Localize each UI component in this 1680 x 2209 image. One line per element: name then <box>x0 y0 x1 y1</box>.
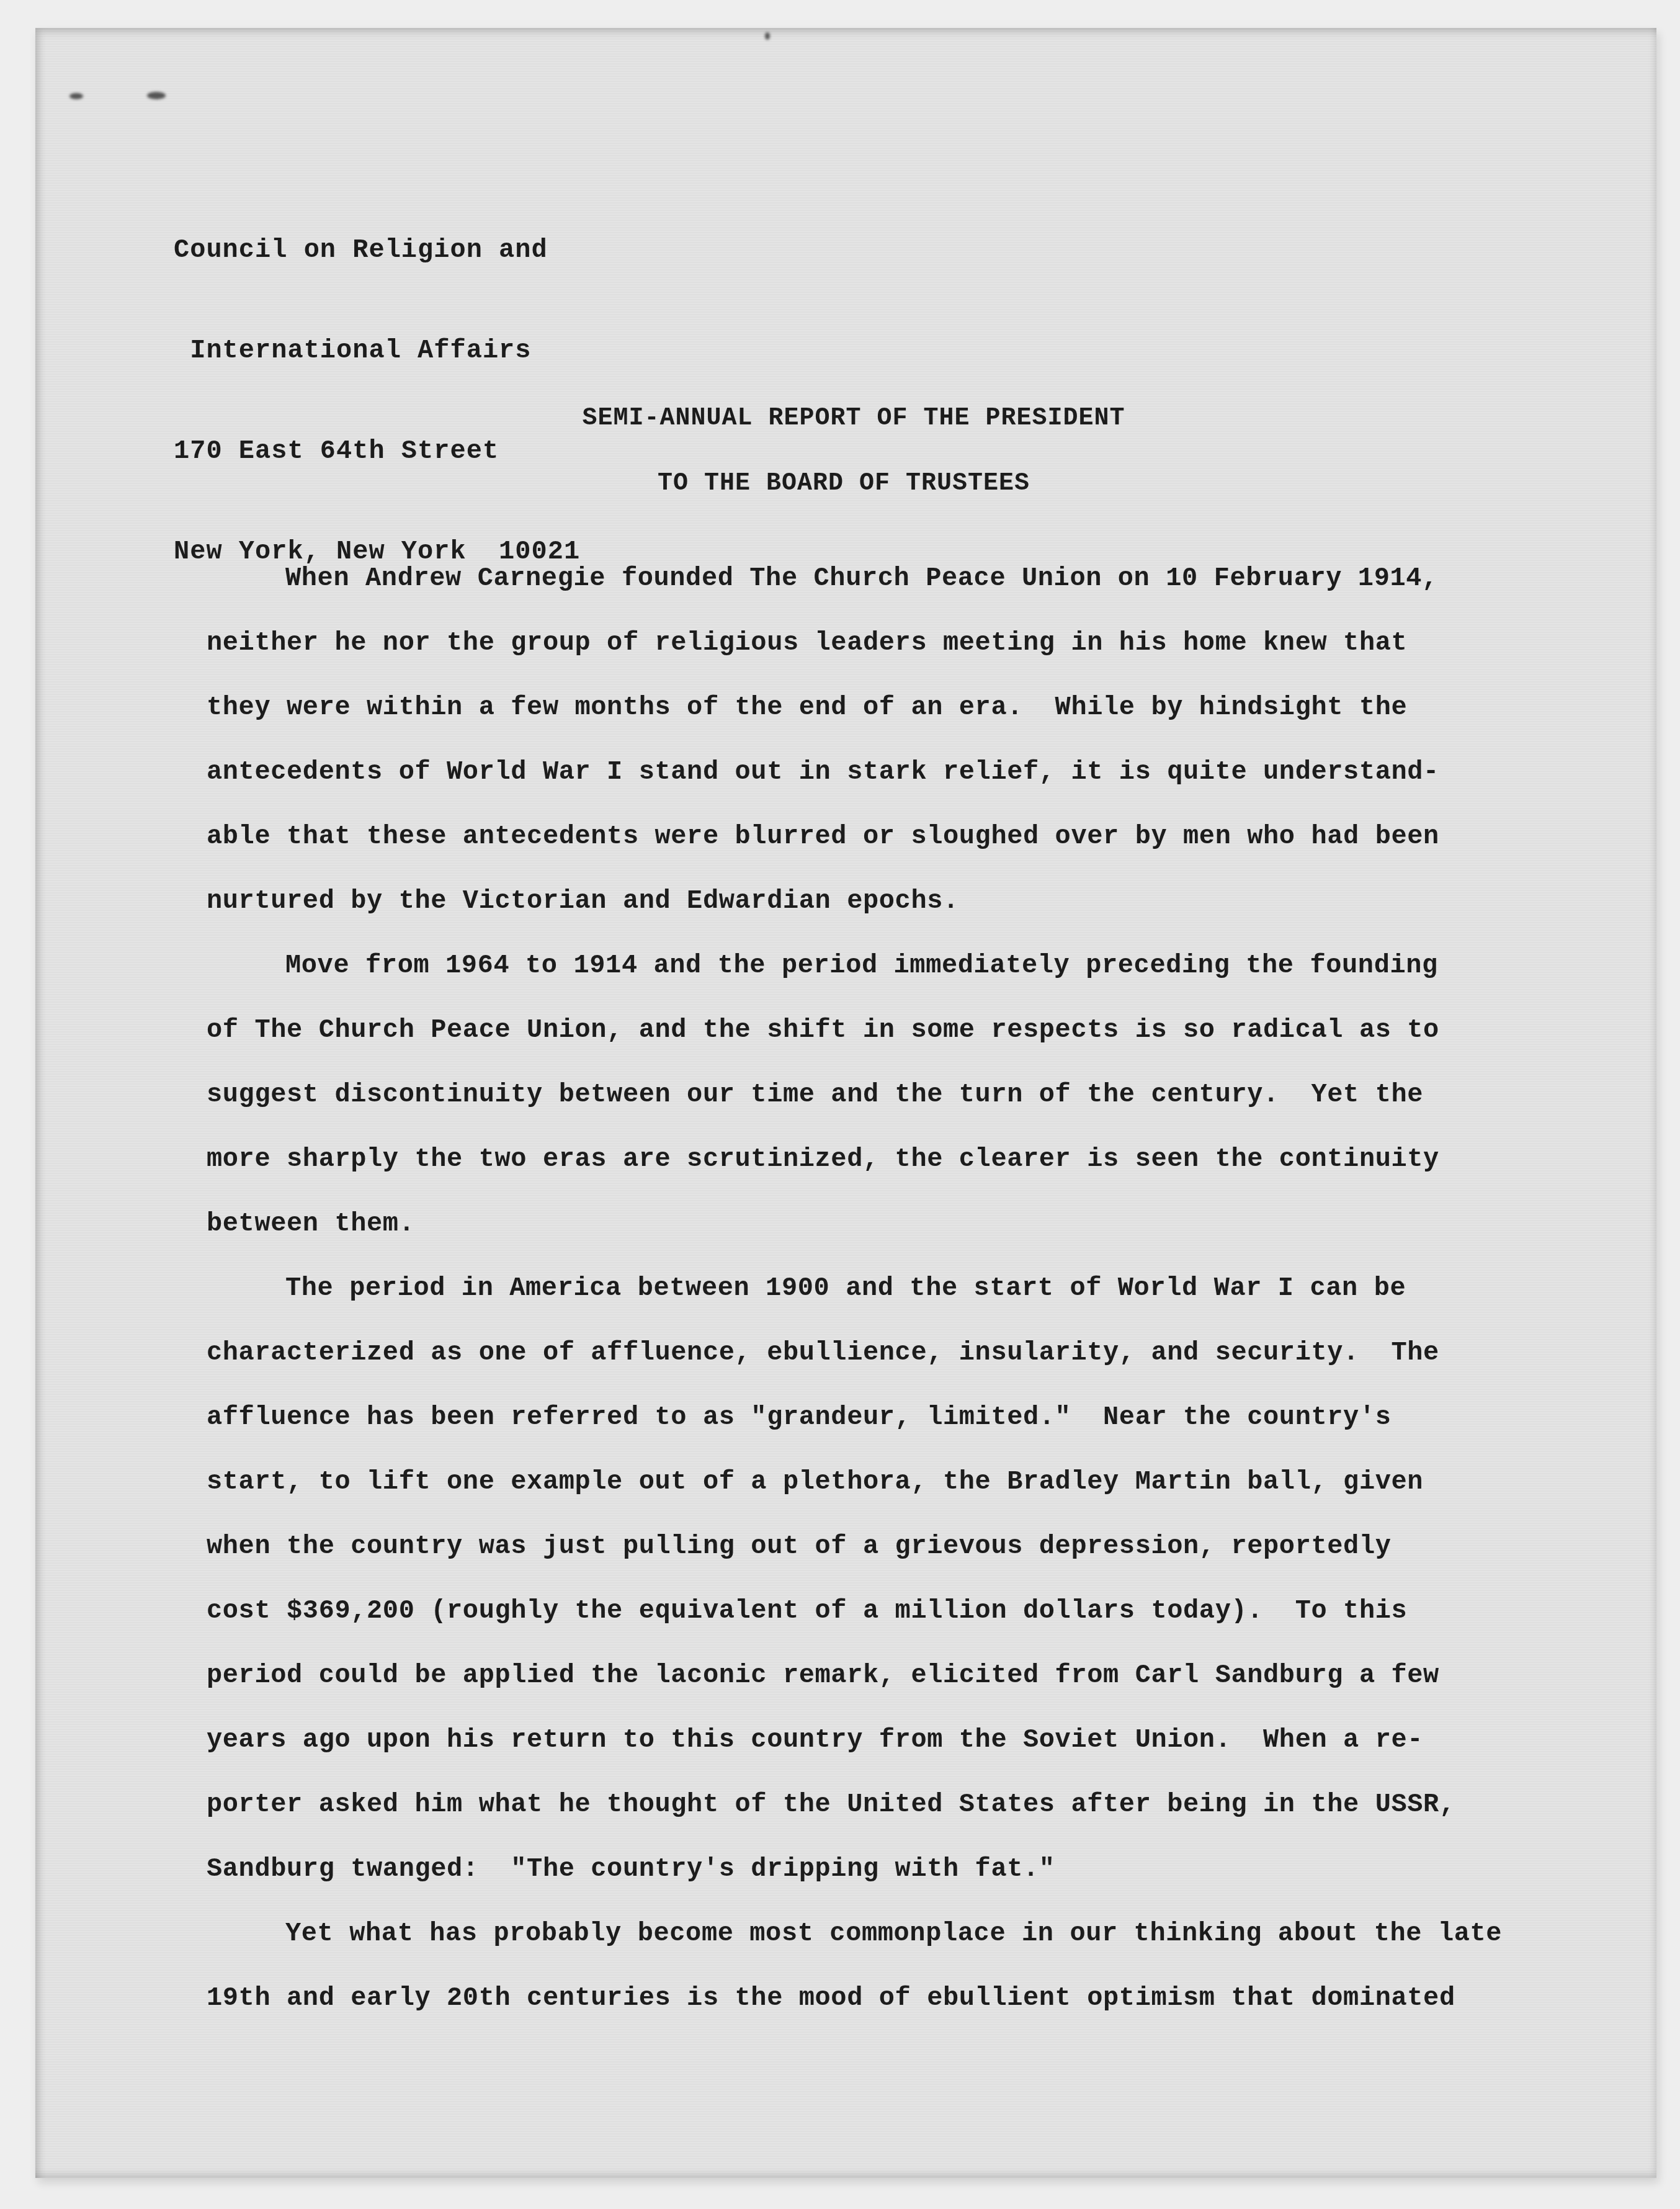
body-line: cost $369,200 (roughly the equivalent of… <box>207 1594 1509 1659</box>
letterhead-address: Council on Religion and International Af… <box>174 166 580 602</box>
body-line: nurtured by the Victorian and Edwardian … <box>207 884 1509 949</box>
body-line: when the country was just pulling out of… <box>207 1530 1509 1594</box>
body-line: neither he nor the group of religious le… <box>207 626 1509 691</box>
report-body: When Andrew Carnegie founded The Church … <box>207 562 1509 2046</box>
body-line: Move from 1964 to 1914 and the period im… <box>207 949 1509 1013</box>
body-line: Sandburg twanged: "The country's drippin… <box>207 1852 1509 1917</box>
body-line: start, to lift one example out of a plet… <box>207 1465 1509 1530</box>
body-line: The period in America between 1900 and t… <box>207 1271 1509 1336</box>
body-line: 19th and early 20th centuries is the moo… <box>207 1981 1509 2046</box>
report-subtitle: TO THE BOARD OF TRUSTEES <box>4 470 1680 498</box>
stray-mark-2 <box>147 92 166 99</box>
letterhead-line: 170 East 64th Street <box>174 434 580 468</box>
report-title: SEMI-ANNUAL REPORT OF THE PRESIDENT <box>14 405 1680 432</box>
body-line: of The Church Peace Union, and the shift… <box>207 1013 1509 1078</box>
body-line: antecedents of World War I stand out in … <box>207 755 1509 820</box>
body-line: more sharply the two eras are scrutinize… <box>207 1142 1509 1207</box>
body-line: able that these antecedents were blurred… <box>207 820 1509 884</box>
body-line: affluence has been referred to as "grand… <box>207 1400 1509 1465</box>
body-line: porter asked him what he thought of the … <box>207 1788 1509 1852</box>
body-line: period could be applied the laconic rema… <box>207 1659 1509 1723</box>
stray-mark-top <box>765 32 770 40</box>
body-line: characterized as one of affluence, ebull… <box>207 1336 1509 1400</box>
body-line: When Andrew Carnegie founded The Church … <box>207 562 1509 626</box>
letterhead-line: International Affairs <box>174 334 580 367</box>
stray-mark-1 <box>69 93 83 99</box>
body-line: suggest discontinuity between our time a… <box>207 1078 1509 1142</box>
body-line: years ago upon his return to this countr… <box>207 1723 1509 1788</box>
body-line: they were within a few months of the end… <box>207 691 1509 755</box>
body-line: between them. <box>207 1207 1509 1271</box>
body-line: Yet what has probably become most common… <box>207 1917 1509 1981</box>
letterhead-line: Council on Religion and <box>174 233 580 267</box>
